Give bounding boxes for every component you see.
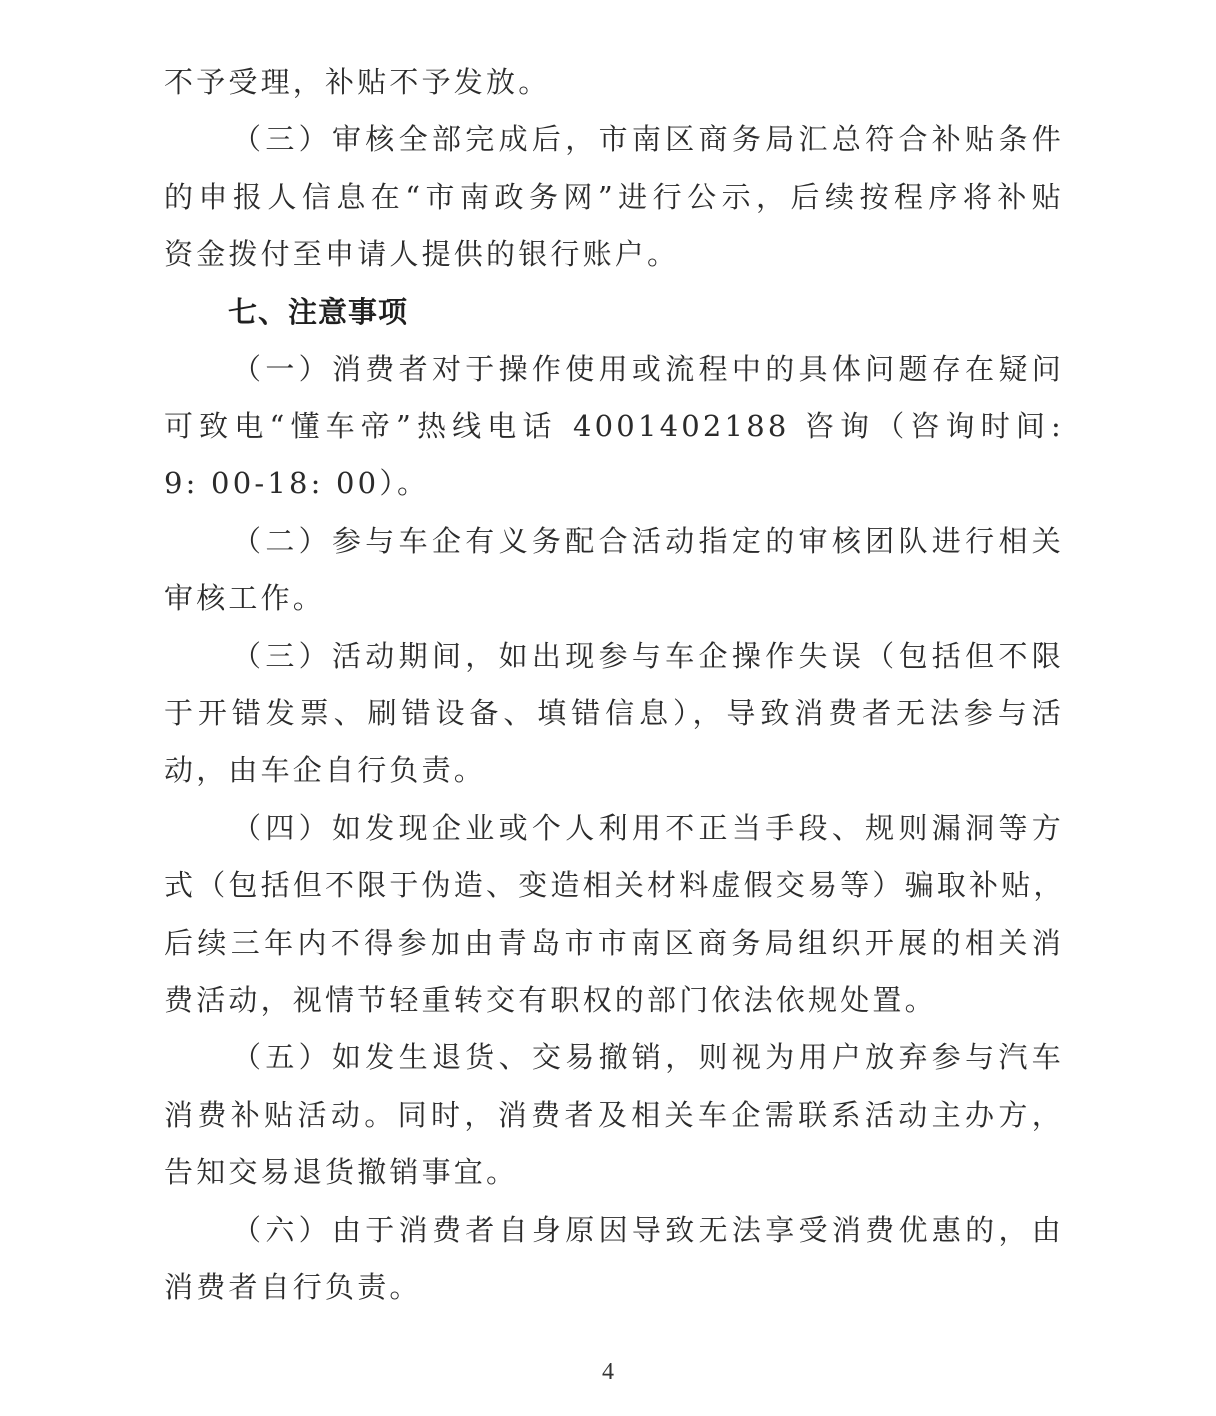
text-line: 式（包括但不限于伪造、变造相关材料虚假交易等）骗取补贴， — [164, 865, 1064, 905]
text-line: 消费者自行负责。 — [164, 1267, 1064, 1307]
text-line: 审核工作。 — [164, 578, 1064, 618]
text-line: 的申报人信息在“市南政务网”进行公示，后续按程序将补贴 — [164, 177, 1064, 217]
paragraph-note-4: （四）如发现企业或个人利用不正当手段、规则漏洞等方 — [232, 808, 1064, 848]
text-line-continuation: 不予受理，补贴不予发放。 — [164, 62, 1064, 102]
document-page: 不予受理，补贴不予发放。 （三）审核全部完成后，市南区商务局汇总符合补贴条件 的… — [0, 0, 1216, 1416]
text-line: 于开错发票、刷错设备、填错信息），导致消费者无法参与活 — [164, 693, 1064, 733]
text-line-hotline: 可致电“懂车帝”热线电话 4001402188 咨询（咨询时间: — [164, 406, 1064, 446]
paragraph-note-5: （五）如发生退货、交易撤销，则视为用户放弃参与汽车 — [232, 1037, 1064, 1077]
paragraph-note-2: （二）参与车企有义务配合活动指定的审核团队进行相关 — [232, 521, 1064, 561]
paragraph-item-3-review: （三）审核全部完成后，市南区商务局汇总符合补贴条件 — [232, 119, 1064, 159]
text-line: 费活动，视情节轻重转交有职权的部门依法依规处置。 — [164, 980, 1064, 1020]
text-line: 后续三年内不得参加由青岛市市南区商务局组织开展的相关消 — [164, 923, 1064, 963]
paragraph-note-6: （六）由于消费者自身原因导致无法享受消费优惠的，由 — [232, 1210, 1064, 1250]
text-line: 资金拨付至申请人提供的银行账户。 — [164, 234, 1064, 274]
text-line-hours: 9: 00-18: 00）。 — [164, 463, 1064, 503]
text-line: 动，由车企自行负责。 — [164, 750, 1064, 790]
text-line: 消费补贴活动。同时，消费者及相关车企需联系活动主办方， — [164, 1095, 1064, 1135]
page-number: 4 — [0, 1356, 1216, 1388]
paragraph-note-3: （三）活动期间，如出现参与车企操作失误（包括但不限 — [232, 636, 1064, 676]
text-line: 告知交易退货撤销事宜。 — [164, 1152, 1064, 1192]
paragraph-note-1: （一）消费者对于操作使用或流程中的具体问题存在疑问 — [232, 349, 1064, 389]
section-heading-notes: 七、注意事项 — [228, 292, 408, 332]
